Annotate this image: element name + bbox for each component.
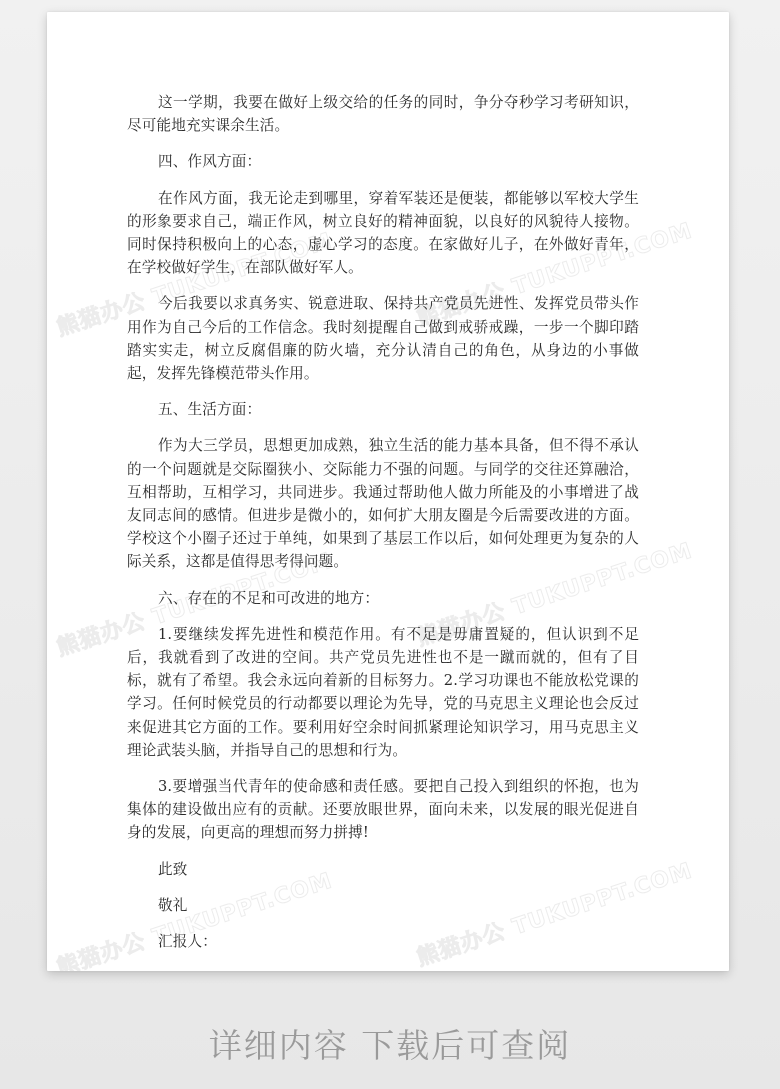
section-heading-conduct: 四、作风方面： [127, 150, 639, 173]
download-prompt: 详细内容 下载后可查阅 [0, 1020, 780, 1067]
paragraph-improvement-3: 3.要增强当代青年的使命感和责任感。要把自己投入到组织的怀抱，也为集体的建设做出… [127, 775, 639, 845]
reporter-signature-label: 汇报人： [127, 930, 639, 953]
paragraph-work-belief: 今后我要以求真务实、锐意进取、保持共产党员先进性、发挥党员带头作用作为自己今后的… [127, 292, 639, 385]
document-page: 熊猫办公 TUKUPPT.COM 熊猫办公 TUKUPPT.COM 熊猫办公 T… [47, 12, 729, 971]
section-heading-shortcomings: 六、存在的不足和可改进的地方： [127, 587, 639, 610]
paragraph-study-plan: 这一学期，我要在做好上级交给的任务的同时，争分夺秒学习考研知识，尽可能地充实课余… [127, 91, 639, 137]
document-body: 这一学期，我要在做好上级交给的任务的同时，争分夺秒学习考研知识，尽可能地充实课余… [127, 91, 639, 966]
closing-regards: 敬礼 [127, 894, 639, 917]
paragraph-life: 作为大三学员，思想更加成熟，独立生活的能力基本具备，但不得不承认的一个问题就是交… [127, 434, 639, 573]
paragraph-conduct: 在作风方面，我无论走到哪里，穿着军装还是便装，都能够以军校大学生的形象要求自己，… [127, 187, 639, 280]
section-heading-life: 五、生活方面： [127, 398, 639, 421]
closing-salutation: 此致 [127, 858, 639, 881]
paragraph-improvements-1-2: 1.要继续发挥先进性和模范作用。有不足是毋庸置疑的，但认识到不足后，我就看到了改… [127, 623, 639, 762]
